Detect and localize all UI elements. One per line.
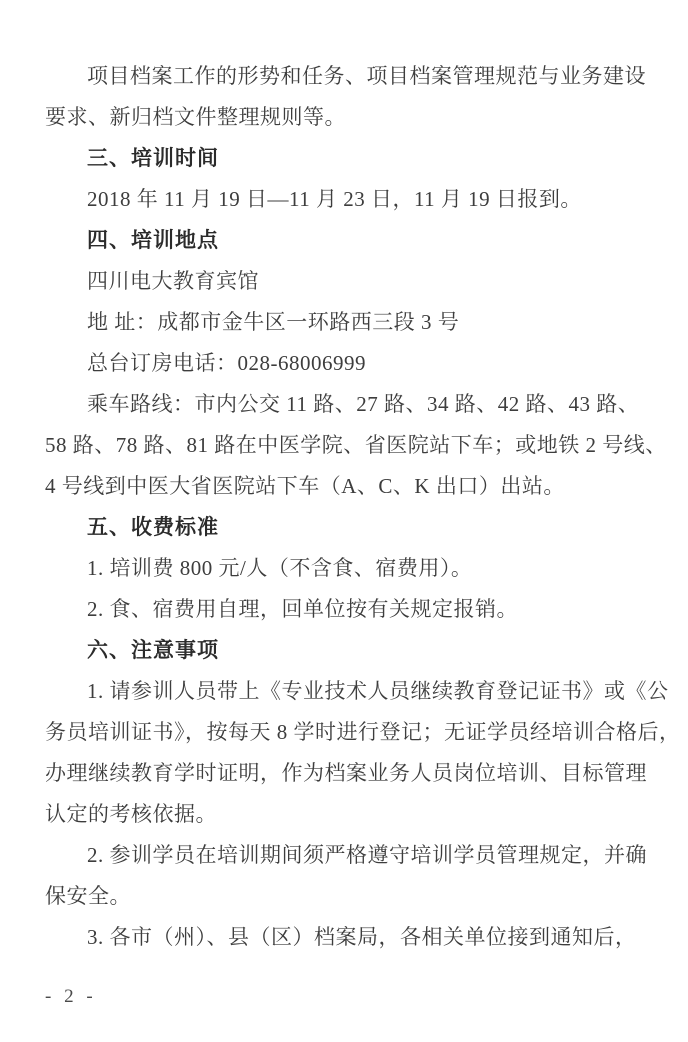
body-text-line: 四川电大教育宾馆 — [45, 261, 647, 302]
body-text-line: 4 号线到中医大省医院站下车（A、C、K 出口）出站。 — [45, 466, 647, 507]
body-text-line: 3. 各市（州）、县（区）档案局，各相关单位接到通知后， — [45, 917, 647, 958]
page-number: - 2 - — [45, 986, 97, 1008]
body-text-line: 总台订房电话：028-68006999 — [45, 343, 647, 384]
section-heading: 三、培训时间 — [45, 138, 647, 179]
body-text-line: 项目档案工作的形势和任务、项目档案管理规范与业务建设 — [45, 56, 647, 97]
body-text-line: 地 址：成都市金牛区一环路西三段 3 号 — [45, 302, 647, 343]
section-heading: 六、注意事项 — [45, 630, 647, 671]
document-content: 项目档案工作的形势和任务、项目档案管理规范与业务建设要求、新归档文件整理规则等。… — [45, 56, 647, 958]
body-text-line: 要求、新归档文件整理规则等。 — [45, 97, 647, 138]
body-text-line: 58 路、78 路、81 路在中医学院、省医院站下车；或地铁 2 号线、 — [45, 425, 647, 466]
section-heading: 五、收费标准 — [45, 507, 647, 548]
body-text-line: 办理继续教育学时证明，作为档案业务人员岗位培训、目标管理 — [45, 753, 647, 794]
body-text-line: 2. 参训学员在培训期间须严格遵守培训学员管理规定，并确 — [45, 835, 647, 876]
body-text-line: 2018 年 11 月 19 日—11 月 23 日，11 月 19 日报到。 — [45, 179, 647, 220]
body-text-line: 保安全。 — [45, 876, 647, 917]
document-page: 项目档案工作的形势和任务、项目档案管理规范与业务建设要求、新归档文件整理规则等。… — [0, 0, 688, 1042]
body-text-line: 务员培训证书》，按每天 8 学时进行登记；无证学员经培训合格后， — [45, 712, 647, 753]
body-text-line: 2. 食、宿费用自理，回单位按有关规定报销。 — [45, 589, 647, 630]
body-text-line: 乘车路线：市内公交 11 路、27 路、34 路、42 路、43 路、 — [45, 384, 647, 425]
body-text-line: 1. 请参训人员带上《专业技术人员继续教育登记证书》或《公 — [45, 671, 647, 712]
section-heading: 四、培训地点 — [45, 220, 647, 261]
body-text-line: 认定的考核依据。 — [45, 794, 647, 835]
body-text-line: 1. 培训费 800 元/人（不含食、宿费用）。 — [45, 548, 647, 589]
